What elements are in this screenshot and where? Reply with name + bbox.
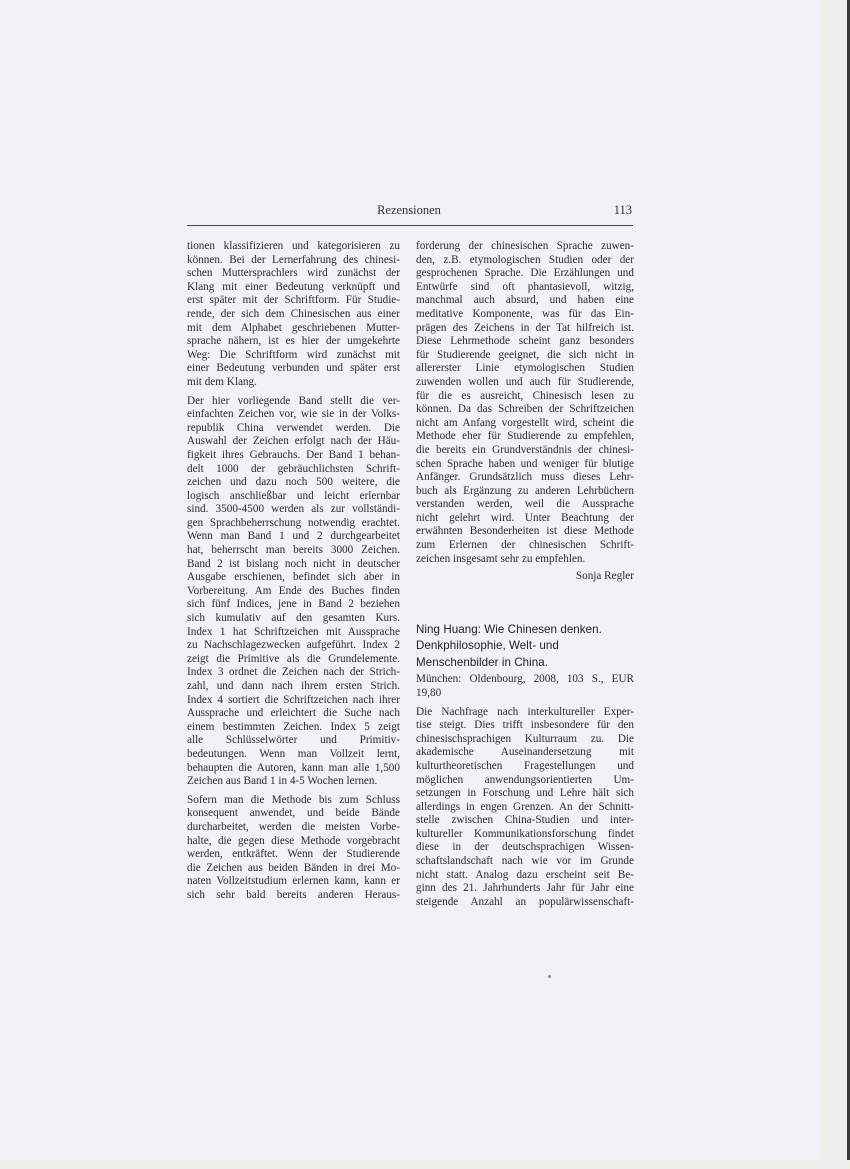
- review-title: Ning Huang: Wie Chinesen denken. Denkphi…: [416, 622, 634, 672]
- text-line: buch als Ergänzung zu anderen Lehrbücher…: [416, 485, 634, 499]
- text-line: nicht statt. Analog dazu erscheint seit …: [416, 869, 634, 883]
- text-line: erwähnten Besonderheiten ist diese Metho…: [416, 525, 634, 539]
- reviewer-signature: Sonja Regler: [416, 570, 634, 584]
- text-line: einer Bedeutung verbunden und später ers…: [187, 362, 400, 376]
- paragraph: Sofern man die Methode bis zum Schluss k…: [187, 794, 400, 903]
- text-line: manchmal auch absurd, und haben eine: [416, 294, 634, 308]
- text-line: zuwenden wollen und auch für Studierende…: [416, 376, 634, 390]
- scan-edge-strip: [820, 0, 847, 1169]
- text-line: gen Sprachbeherrschung notwendig erachte…: [187, 517, 400, 531]
- text-line: Ausgabe erschienen, befindet sich aber i…: [187, 571, 400, 585]
- text-line: die bereits ein Grundverständnis der chi…: [416, 444, 634, 458]
- text-line: gesprochenen Sprache. Die Erzählungen un…: [416, 267, 634, 281]
- publication-info: München: Oldenbourg, 2008, 103 S., EUR 1…: [416, 673, 634, 700]
- text-line: werden, entkräftet. Wenn der Studierende: [187, 848, 400, 862]
- text-line: München: Oldenbourg, 2008, 103 S., EUR: [416, 673, 634, 687]
- running-head: Rezensionen 113: [187, 203, 633, 221]
- text-line: tise steigt. Dies trifft insbesondere fü…: [416, 719, 634, 733]
- text-line: tionen klassifizieren und kategorisieren…: [187, 240, 400, 254]
- left-column: tionen klassifizieren und kategorisieren…: [187, 240, 400, 903]
- text-line: prägen des Zeichens in der Tat hilfreich…: [416, 322, 634, 336]
- text-line: akademische Auseinandersetzung mit: [416, 746, 634, 760]
- text-line: durcharbeitet, werden die meisten Vorbe-: [187, 821, 400, 835]
- text-line: steigende Anzahl an populärwissenschaft-: [416, 896, 634, 910]
- text-line: behaupten die Autoren, kann man alle 1,5…: [187, 762, 400, 776]
- text-line: für Studierende geeignet, die sich nicht…: [416, 349, 634, 363]
- text-line: zeichen und dazu noch 500 weitere, die: [187, 476, 400, 490]
- section-title: Rezensionen: [187, 203, 633, 218]
- right-column: forderung der chinesischen Sprache zuwen…: [416, 240, 634, 909]
- text-line: Die Nachfrage nach interkultureller Expe…: [416, 706, 634, 720]
- text-line: schaftslandschaft nach wie vor im Grunde: [416, 855, 634, 869]
- text-line: naten Vollzeitstudium erlernen kann, kan…: [187, 875, 400, 889]
- text-line: einem bestimmten Zeichen. Index 5 zeigt: [187, 721, 400, 735]
- text-line: Sofern man die Methode bis zum Schluss: [187, 794, 400, 808]
- section-title-text: Rezensionen: [377, 203, 441, 217]
- text-line: alle Schlüsselwörter und Primitiv-: [187, 734, 400, 748]
- text-line: kulturtheoretischen Fragestellungen und: [416, 760, 634, 774]
- text-line: Weg: Die Schriftform wird zunächst mit: [187, 349, 400, 363]
- text-line: zum Erlernen der chinesischen Schrift-: [416, 539, 634, 553]
- text-line: verstanden werden, weil die Aussprache: [416, 498, 634, 512]
- scan-bottom-strip: [0, 1160, 850, 1169]
- text-line: können. Da das Schreiben der Schriftzeic…: [416, 403, 634, 417]
- text-line: zeigt die Primitive als die Grundelement…: [187, 653, 400, 667]
- text-line: sich kumulativ auf den gesamten Kurs.: [187, 612, 400, 626]
- text-line: Wenn man Band 1 und 2 durchgearbeitet: [187, 530, 400, 544]
- text-line: konsequent anwendet, und beide Bände: [187, 807, 400, 821]
- text-line: Entwürfe sind oft phantasievoll, witzig,: [416, 281, 634, 295]
- text-line: zeichen insgesamt sehr zu empfehlen.: [416, 553, 634, 567]
- speck-mark: [548, 975, 551, 978]
- text-line: stelle zwischen China-Studien und inter-: [416, 814, 634, 828]
- text-line: schen Sprache haben und weniger für blut…: [416, 458, 634, 472]
- text-line: die Zeichen aus beiden Bänden in drei Mo…: [187, 862, 400, 876]
- text-line: forderung der chinesischen Sprache zuwen…: [416, 240, 634, 254]
- text-line: für die es ausreicht, Chinesisch lesen z…: [416, 390, 634, 404]
- text-line: sich sehr bald bereits anderen Heraus-: [187, 889, 400, 903]
- text-line: bedeutungen. Wenn man Vollzeit lernt,: [187, 748, 400, 762]
- text-line: logisch anschließbar und leicht erlernba…: [187, 490, 400, 504]
- review-body: Die Nachfrage nach interkultureller Expe…: [416, 706, 634, 910]
- text-line: zahl, und dann nach ihrem ersten Strich.: [187, 680, 400, 694]
- text-line: delt 1000 der gebräuchlichsten Schrift-: [187, 463, 400, 477]
- text-line: Index 1 hat Schriftzeichen mit Aussprach…: [187, 626, 400, 640]
- text-line: den, z.B. etymologischen Studien oder de…: [416, 254, 634, 268]
- review-title-line: Denkphilosophie, Welt- und: [416, 638, 634, 655]
- text-line: Diese Lehrmethode scheint ganz besonders: [416, 335, 634, 349]
- text-line: allererster Linie etymologischen Studien: [416, 362, 634, 376]
- text-line: einfachten Zeichen vor, wie sie in der V…: [187, 408, 400, 422]
- text-line: sich fünf Indices, jene in Band 2 bezieh…: [187, 598, 400, 612]
- page-number: 113: [614, 203, 632, 218]
- text-line: Band 2 ist bislang noch nicht in deutsch…: [187, 558, 400, 572]
- text-line: chinesischsprachigen Kulturraum zu. Die: [416, 733, 634, 747]
- text-line: Methode eher für Studierende zu empfehle…: [416, 430, 634, 444]
- paragraph: tionen klassifizieren und kategorisieren…: [187, 240, 400, 390]
- text-line: hat, beherrscht man bereits 3000 Zeichen…: [187, 544, 400, 558]
- text-line: figkeit ihres Gebrauchs. Der Band 1 beha…: [187, 449, 400, 463]
- text-line: republik China verwendet werden. Die: [187, 422, 400, 436]
- text-line: allerdings in engen Grenzen. An der Schn…: [416, 801, 634, 815]
- text-line: erst später mit der Schriftform. Für Stu…: [187, 294, 400, 308]
- text-line: sind. 3500-4500 werden als zur vollständ…: [187, 503, 400, 517]
- review-title-line: Ning Huang: Wie Chinesen denken.: [416, 622, 634, 639]
- text-line: zu Nachschlagezwecken aufgeführt. Index …: [187, 639, 400, 653]
- text-line: rende, der sich dem Chinesischen aus ein…: [187, 308, 400, 322]
- text-line: möglichen anwendungsorientierten Um-: [416, 774, 634, 788]
- paragraph: Der hier vorliegende Band stellt die ver…: [187, 395, 400, 789]
- text-line: Anfänger. Grundsätzlich muss dieses Lehr…: [416, 471, 634, 485]
- text-line: diese in der deutschsprachigen Wissen-: [416, 841, 634, 855]
- text-line: Aussprache und erleichtert die Suche nac…: [187, 707, 400, 721]
- text-line: nicht am Anfang vorgestellt wird, schein…: [416, 417, 634, 431]
- text-line: Auswahl der Zeichen erfolgt nach der Häu…: [187, 435, 400, 449]
- review-conclusion: forderung der chinesischen Sprache zuwen…: [416, 240, 634, 584]
- section-gap: [416, 584, 634, 622]
- text-line: meditative Komponente, was für das Ein-: [416, 308, 634, 322]
- text-line: Vorbereitung. Am Ende des Buches finden: [187, 585, 400, 599]
- text-line: sprache nähern, ist es hier der umgekehr…: [187, 335, 400, 349]
- text-line: nicht gelehrt wird. Unter Beachtung der: [416, 512, 634, 526]
- text-line: kultureller Kommunikationsforschung find…: [416, 828, 634, 842]
- text-line: halte, die gegen diese Methode vorgebrac…: [187, 835, 400, 849]
- text-line: Index 3 ordnet die Zeichen nach der Stri…: [187, 666, 400, 680]
- text-line: mit dem Alphabet geschriebenen Mutter-: [187, 322, 400, 336]
- text-line: Klang mit einer Bedeutung verknüpft und: [187, 281, 400, 295]
- text-line: mit dem Klang.: [187, 376, 400, 390]
- text-line: schen Muttersprachlers wird zunächst der: [187, 267, 400, 281]
- text-line: können. Bei der Lernerfahrung des chines…: [187, 254, 400, 268]
- text-line: setzungen in Forschung und Lehre hält si…: [416, 787, 634, 801]
- text-line: Zeichen aus Band 1 in 4-5 Wochen lernen.: [187, 775, 400, 789]
- text-line: Der hier vorliegende Band stellt die ver…: [187, 395, 400, 409]
- header-rule: [187, 225, 633, 226]
- review-title-line: Menschenbilder in China.: [416, 655, 634, 672]
- text-line: ginn des 21. Jahrhunderts Jahr für Jahr …: [416, 882, 634, 896]
- text-line: Index 4 sortiert die Schriftzeichen nach…: [187, 694, 400, 708]
- text-line: 19,80: [416, 687, 634, 701]
